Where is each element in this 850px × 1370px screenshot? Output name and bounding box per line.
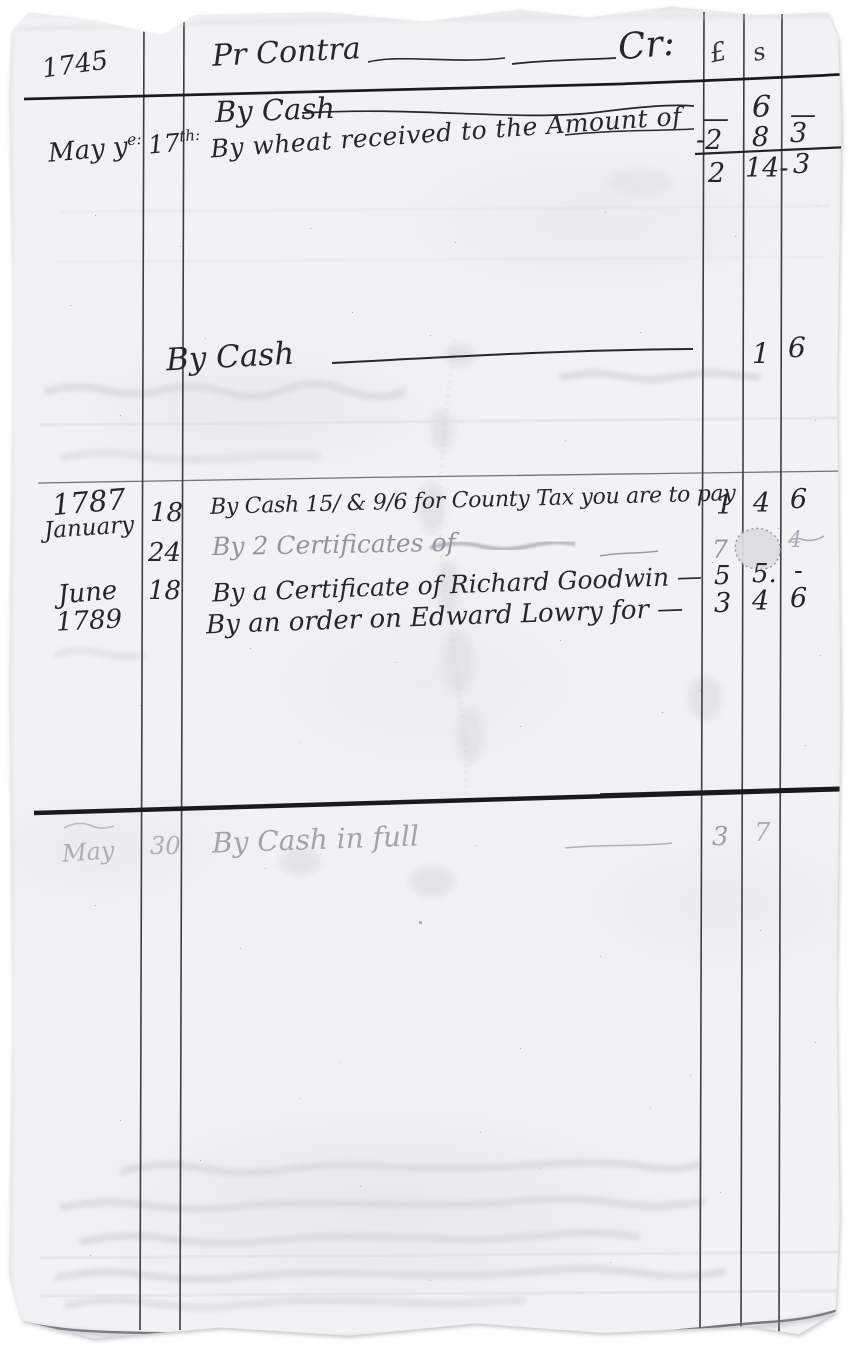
column-rule-desc-pounds (700, 12, 704, 1333)
entry-wheat-day: 17th: (147, 128, 202, 158)
subtotal-1745-pounds: 2 (708, 160, 725, 187)
ink-speckles (0, 0, 1, 1)
entry-cash-in-full-pounds: 3 (712, 824, 729, 850)
contra-flourish (368, 58, 505, 62)
entry-cash-mid-shillings: 1 (752, 340, 770, 368)
column-rule-pounds-shillings (741, 12, 744, 1333)
entry-wheat-shillings: 8 (752, 124, 769, 151)
entry-goodwin-shillings: 4 (752, 588, 769, 615)
unlabeled-amounts-shillings: 5. (752, 561, 777, 587)
unlabeled-amounts-pounds: 5 (714, 563, 731, 589)
entry-cash-in-full-desc: By Cash in full (212, 822, 420, 857)
entry-certificates-desc: By 2 Certificates of (212, 530, 456, 559)
subtotal-1745-shillings: 14- (745, 155, 788, 182)
center-crease-stain (440, 340, 466, 795)
entry-lowry-year: 1789 (55, 606, 122, 635)
entry-county-tax-month: January (43, 514, 135, 543)
cash-in-full-dash (565, 843, 672, 848)
ruling-and-flourish-layer (0, 0, 850, 1370)
torn-bottom-edge (14, 1310, 838, 1338)
column-rules (140, 12, 782, 1333)
credit-heading: Cr: (617, 26, 677, 67)
entry-wheat-date: May ye: (47, 132, 143, 167)
credit-dash (512, 58, 616, 64)
certificates-dash (600, 551, 658, 556)
column-rule-date-day (140, 16, 144, 1330)
entry-cash-first-desc: By Cash (215, 94, 336, 127)
entry-certificates-pounds: 7 (712, 537, 728, 562)
paper-sheet: 1745 Pr Contra Cr: £ s By Cash — 6 — May… (0, 0, 850, 1370)
closing-heavy-rule-echo (600, 787, 848, 794)
torn-bottom-edge-shadow (14, 1314, 838, 1340)
entry-certificates-pence: 4 (788, 530, 802, 552)
entry-county-tax-desc: By Cash 15/ & 9/6 for County Tax you are… (210, 483, 736, 519)
cash-mid-flourish (332, 349, 693, 363)
unlabeled-amounts-pence: - (794, 558, 803, 584)
column-rule-day-desc (180, 16, 184, 1330)
ledger-page-scan: 1745 Pr Contra Cr: £ s By Cash — 6 — May… (0, 0, 850, 1370)
contra-heading: Pr Contra (211, 34, 361, 72)
verso-ruling-ghost-lines (40, 206, 845, 1296)
entry-goodwin-month: June (57, 577, 118, 608)
entry-cash-first-shillings: 6 (752, 93, 771, 123)
entry-goodwin-pence: 6 (790, 585, 807, 612)
entry-county-tax-day: 18 (150, 500, 183, 526)
entry-cash-mid-pence: 6 (788, 334, 806, 362)
entry-cash-in-full-day: 30 (150, 834, 181, 858)
column-header-pounds: £ (707, 39, 729, 68)
entry-goodwin-day: 18 (148, 578, 181, 604)
page-year: 1745 (41, 48, 110, 83)
closing-heavy-rule (34, 789, 848, 813)
entry-wheat-pounds: -2 (696, 127, 722, 154)
entry-certificates-day: 24 (148, 540, 181, 566)
subtotal-1745-pence: 3 (793, 151, 810, 178)
torn-top-edge-shadow (14, 16, 836, 30)
entry-county-tax-shillings: 4 (753, 490, 770, 517)
entry-county-tax-pence: 6 (790, 486, 807, 513)
entry-cash-in-full-shillings: 7 (754, 820, 771, 846)
ghost-mark-above-may (64, 823, 114, 828)
header-underline (24, 74, 848, 99)
entry-cash-mid-desc: By Cash (165, 339, 295, 377)
entry-cash-in-full-month: May (61, 838, 115, 866)
column-rule-shillings-pence (779, 12, 782, 1333)
entry-county-tax-pounds: 1 (716, 492, 733, 519)
entry-goodwin-pounds: 3 (714, 590, 731, 617)
column-header-shillings: s (751, 39, 768, 65)
paper-sheet-wrap: 1745 Pr Contra Cr: £ s By Cash — 6 — May… (0, 0, 850, 1370)
entry-wheat-pence: 3 (790, 120, 807, 147)
